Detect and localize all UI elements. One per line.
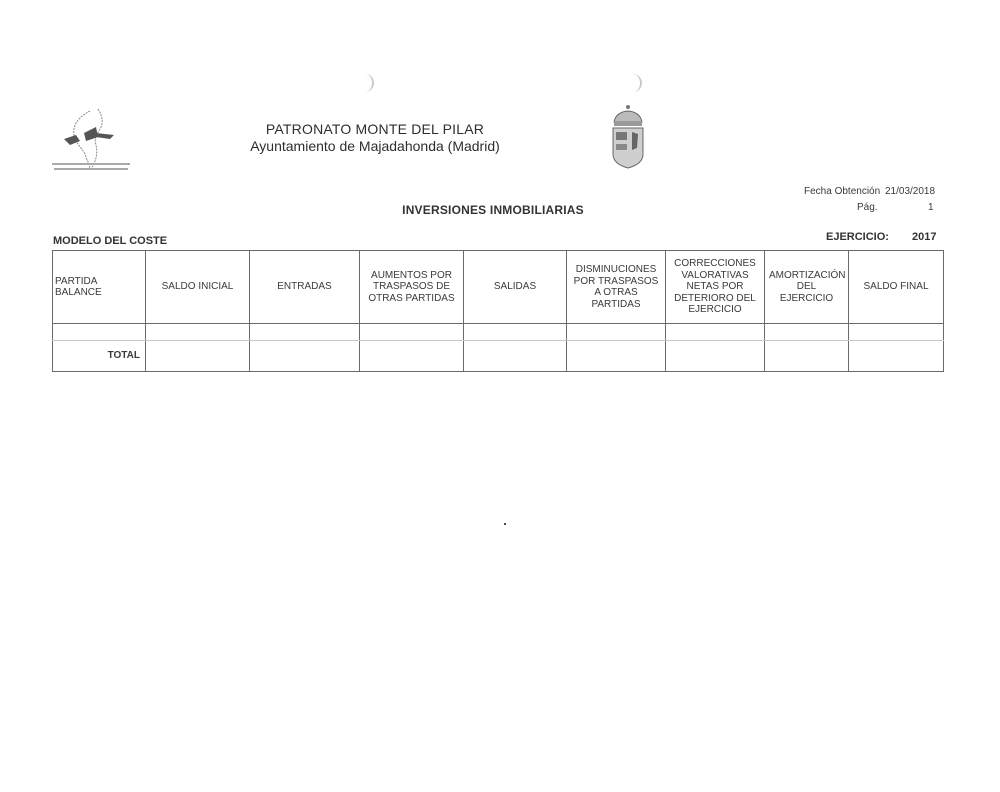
organization-title: PATRONATO MONTE DEL PILAR Ayuntamiento d…: [240, 121, 510, 155]
table-cell: [849, 324, 944, 341]
table-cell: [666, 324, 765, 341]
total-cell: [567, 341, 666, 372]
table-cell: [146, 324, 250, 341]
col-salidas: SALIDAS: [464, 251, 567, 324]
inversiones-table: PARTIDA BALANCE SALDO INICIAL ENTRADAS A…: [52, 250, 944, 372]
fecha-label: Fecha Obtención: [804, 186, 880, 197]
page-label: Pág.: [857, 202, 878, 213]
patronato-logo: [52, 105, 132, 177]
document-title: INVERSIONES INMOBILIARIAS: [380, 203, 606, 217]
table-cell: [567, 324, 666, 341]
org-name: PATRONATO MONTE DEL PILAR: [240, 121, 510, 138]
total-cell: [666, 341, 765, 372]
ejercicio-label: EJERCICIO:: [826, 231, 889, 243]
ejercicio-value: 2017: [912, 231, 936, 243]
col-entradas: ENTRADAS: [250, 251, 360, 324]
col-saldo-inicial: SALDO INICIAL: [146, 251, 250, 324]
total-cell: [765, 341, 849, 372]
total-cell: [146, 341, 250, 372]
table-header-row: PARTIDA BALANCE SALDO INICIAL ENTRADAS A…: [53, 251, 944, 324]
col-disminuciones-traspasos: DISMINUCIONES POR TRASPASOS A OTRAS PART…: [567, 251, 666, 324]
total-cell: [849, 341, 944, 372]
coat-of-arms-icon: [610, 104, 646, 170]
total-label: TOTAL: [53, 341, 146, 372]
col-amortizacion: AMORTIZACIÓN DEL EJERCICIO: [765, 251, 849, 324]
scan-speck: [504, 523, 506, 525]
table-cell: [250, 324, 360, 341]
fecha-value: 21/03/2018: [885, 186, 935, 197]
total-cell: [360, 341, 464, 372]
punch-hole-right: [630, 74, 642, 92]
model-label: MODELO DEL COSTE: [53, 235, 167, 247]
total-row: TOTAL: [53, 341, 944, 372]
page-value: 1: [928, 202, 934, 213]
bird-logo-icon: [52, 105, 132, 177]
total-cell: [464, 341, 567, 372]
col-correcciones-valorativas: CORRECCIONES VALORATIVAS NETAS POR DETER…: [666, 251, 765, 324]
table-row: [53, 324, 944, 341]
table-cell: [765, 324, 849, 341]
col-partida-balance: PARTIDA BALANCE: [53, 251, 146, 324]
total-cell: [250, 341, 360, 372]
table-cell: [464, 324, 567, 341]
org-subtitle: Ayuntamiento de Majadahonda (Madrid): [240, 138, 510, 155]
table-cell: [53, 324, 146, 341]
punch-hole-left: [362, 74, 374, 92]
coat-of-arms: [610, 104, 646, 170]
table-cell: [360, 324, 464, 341]
col-saldo-final: SALDO FINAL: [849, 251, 944, 324]
col-aumentos-traspasos: AUMENTOS POR TRASPASOS DE OTRAS PARTIDAS: [360, 251, 464, 324]
